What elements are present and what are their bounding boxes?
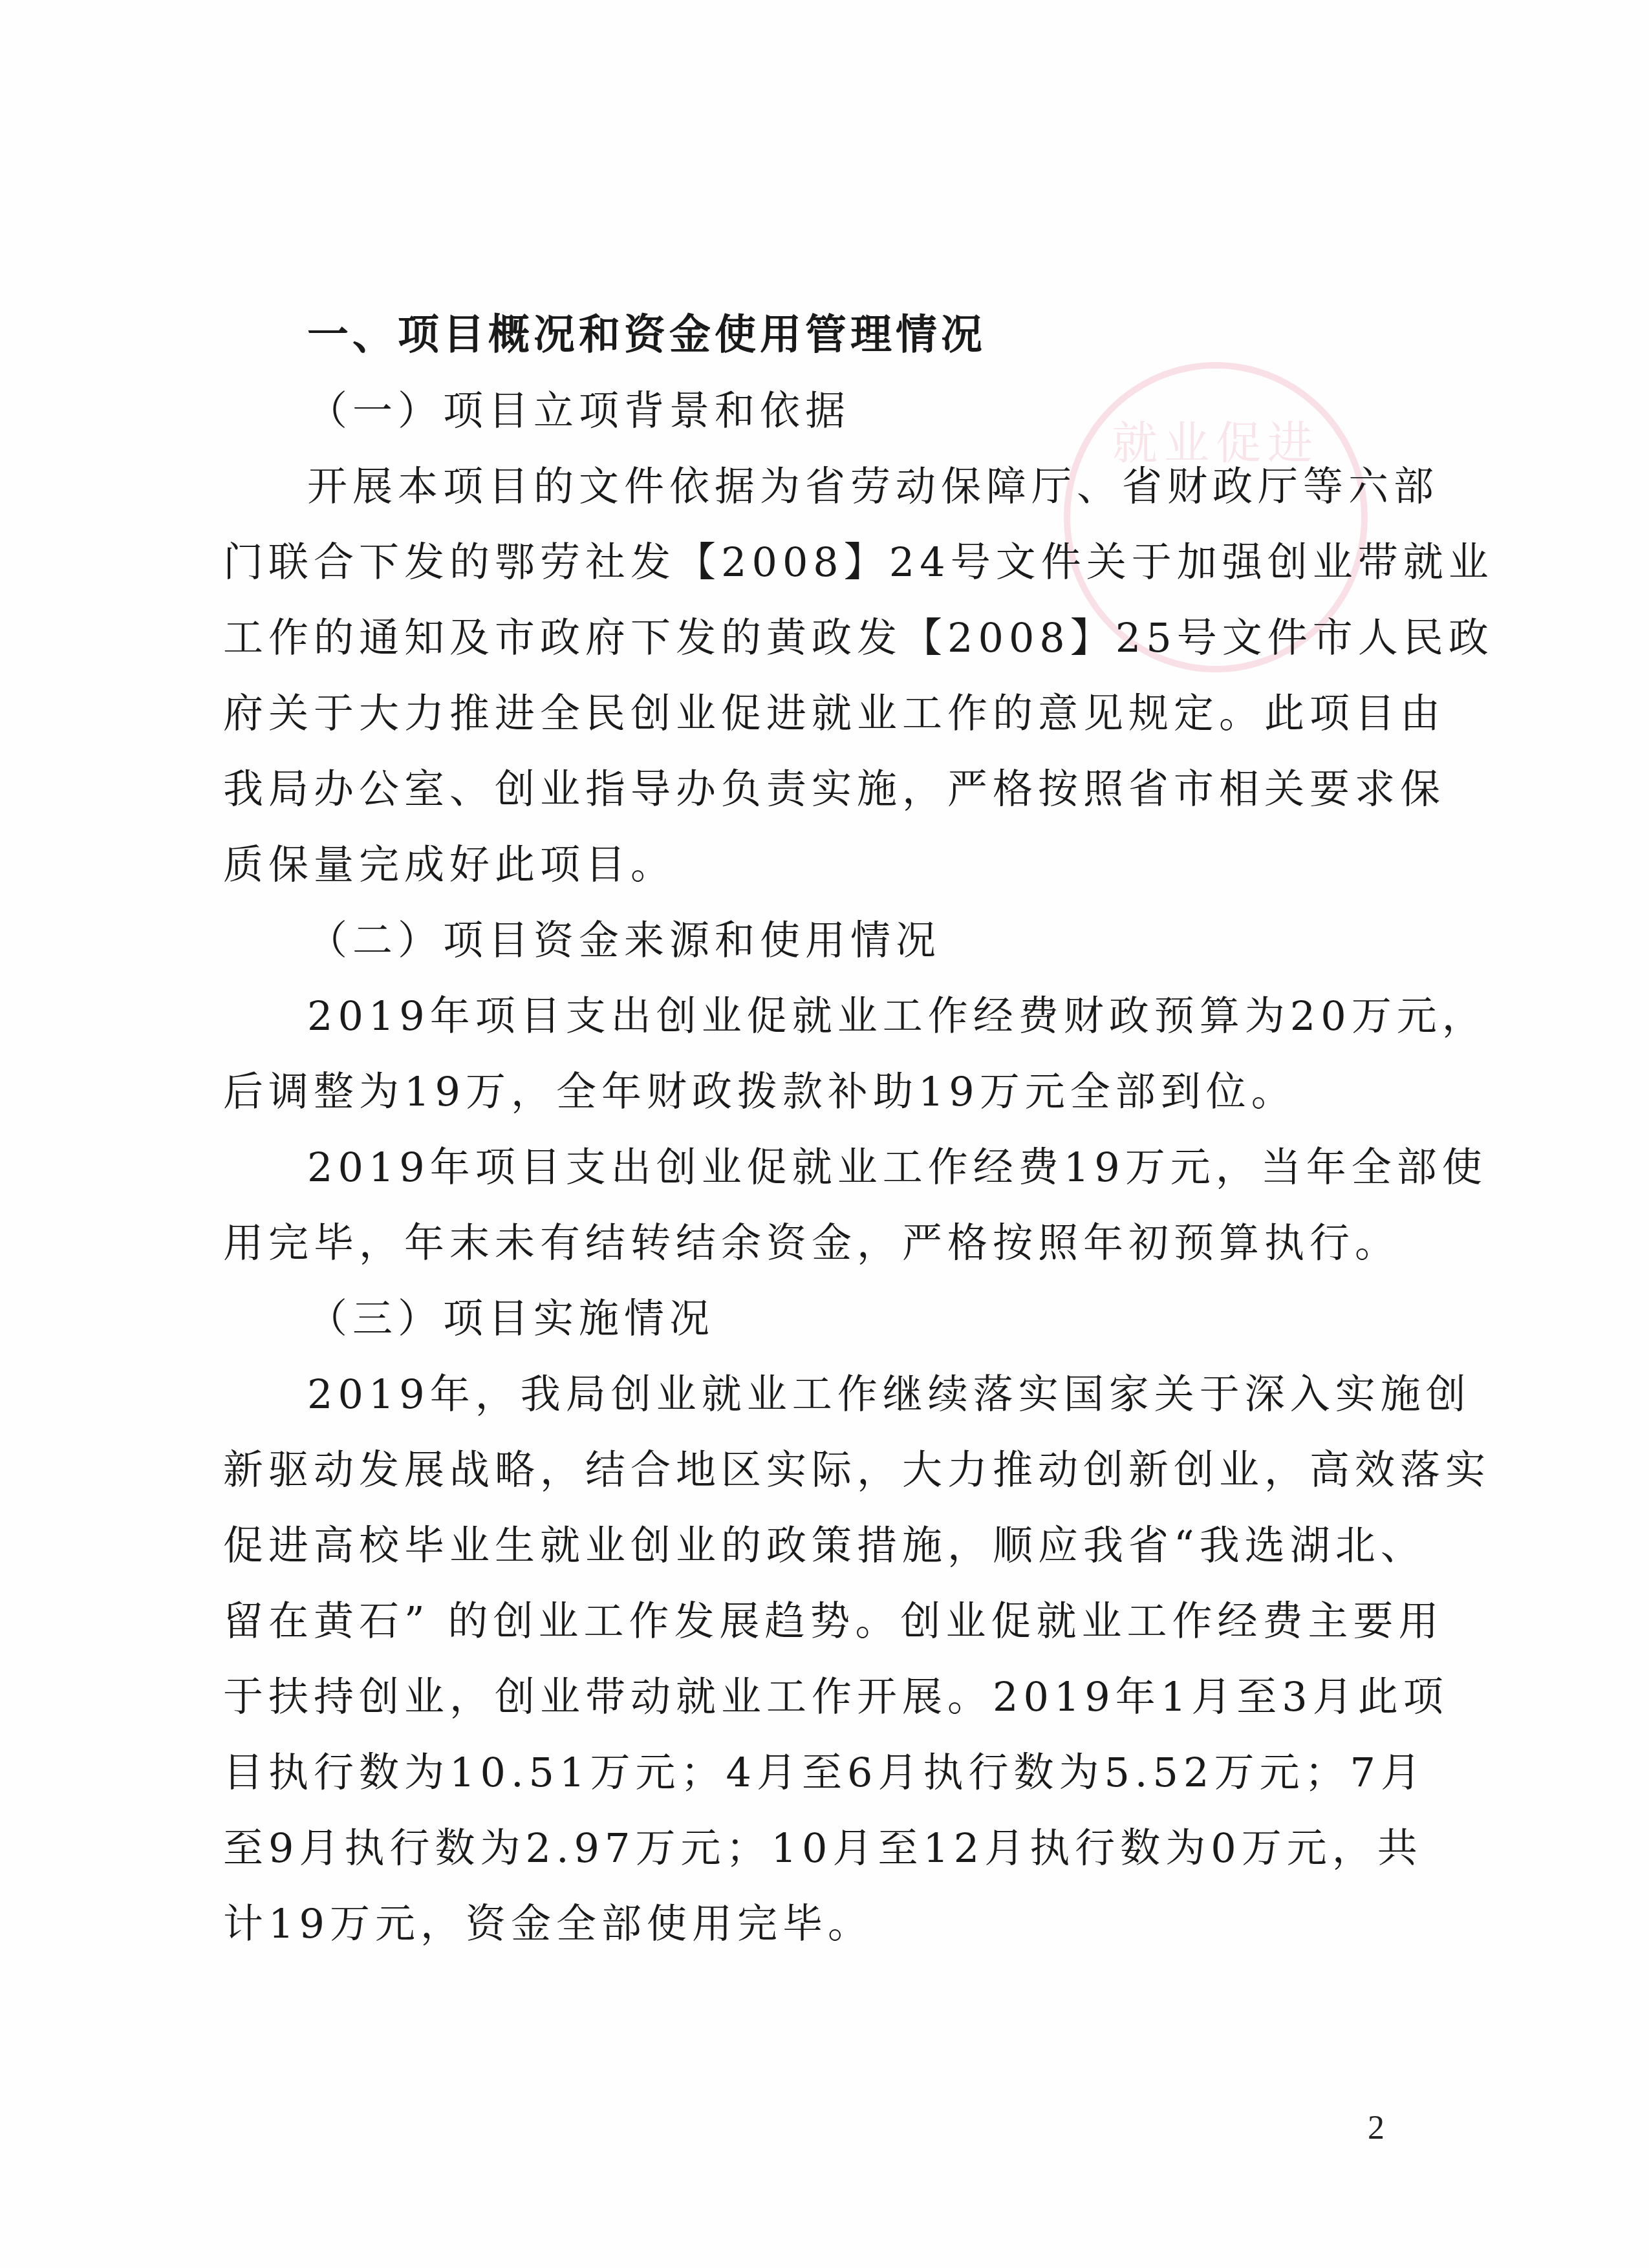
paragraph-line: 2019年项目支出创业促就业工作经费19万元，当年全部使 xyxy=(223,1129,1394,1205)
paragraph-line: 留在黄石” 的创业工作发展趋势。创业促就业工作经费主要用 xyxy=(223,1583,1394,1659)
paragraph-line: 质保量完成好此项目。 xyxy=(223,827,1394,903)
paragraph-line: 用完毕，年末未有结转结余资金，严格按照年初预算执行。 xyxy=(223,1205,1394,1281)
paragraph-line: 工作的通知及市政府下发的黄政发【2008】25号文件市人民政 xyxy=(223,600,1394,676)
paragraph-line: 计19万元，资金全部使用完毕。 xyxy=(223,1886,1394,1962)
paragraph-line: 新驱动发展战略，结合地区实际，大力推动创新创业，高效落实 xyxy=(223,1432,1394,1508)
paragraph-line: 我局办公室、创业指导办负责实施，严格按照省市相关要求保 xyxy=(223,751,1394,827)
document-page: 就业促进 一、项目概况和资金使用管理情况 （一）项目立项背景和依据 开展本项目的… xyxy=(0,0,1649,2268)
paragraph-line: 至9月执行数为2.97万元；10月至12月执行数为0万元，共 xyxy=(223,1810,1394,1886)
paragraph-line: 后调整为19万，全年财政拨款补助19万元全部到位。 xyxy=(223,1054,1394,1129)
paragraph-line: 府关于大力推进全民创业促进就业工作的意见规定。此项目由 xyxy=(223,676,1394,751)
subsection-heading-funding: （二）项目资金来源和使用情况 xyxy=(223,903,1394,978)
paragraph-line: 于扶持创业，创业带动就业工作开展。2019年1月至3月此项 xyxy=(223,1659,1394,1735)
paragraph-line: 开展本项目的文件依据为省劳动保障厅、省财政厅等六部 xyxy=(223,449,1394,524)
paragraph-line: 目执行数为10.51万元；4月至6月执行数为5.52万元；7月 xyxy=(223,1735,1394,1810)
section-title: 一、项目概况和资金使用管理情况 xyxy=(223,297,1394,373)
subsection-heading-background: （一）项目立项背景和依据 xyxy=(223,373,1394,449)
document-body: 一、项目概况和资金使用管理情况 （一）项目立项背景和依据 开展本项目的文件依据为… xyxy=(223,297,1394,1962)
paragraph-line: 门联合下发的鄂劳社发【2008】24号文件关于加强创业带就业 xyxy=(223,524,1394,600)
paragraph-line: 促进高校毕业生就业创业的政策措施，顺应我省“我选湖北、 xyxy=(223,1508,1394,1583)
paragraph-line: 2019年项目支出创业促就业工作经费财政预算为20万元， xyxy=(223,978,1394,1054)
subsection-heading-implementation: （三）项目实施情况 xyxy=(223,1281,1394,1356)
paragraph-line: 2019年，我局创业就业工作继续落实国家关于深入实施创 xyxy=(223,1356,1394,1432)
page-number: 2 xyxy=(1368,2109,1385,2147)
